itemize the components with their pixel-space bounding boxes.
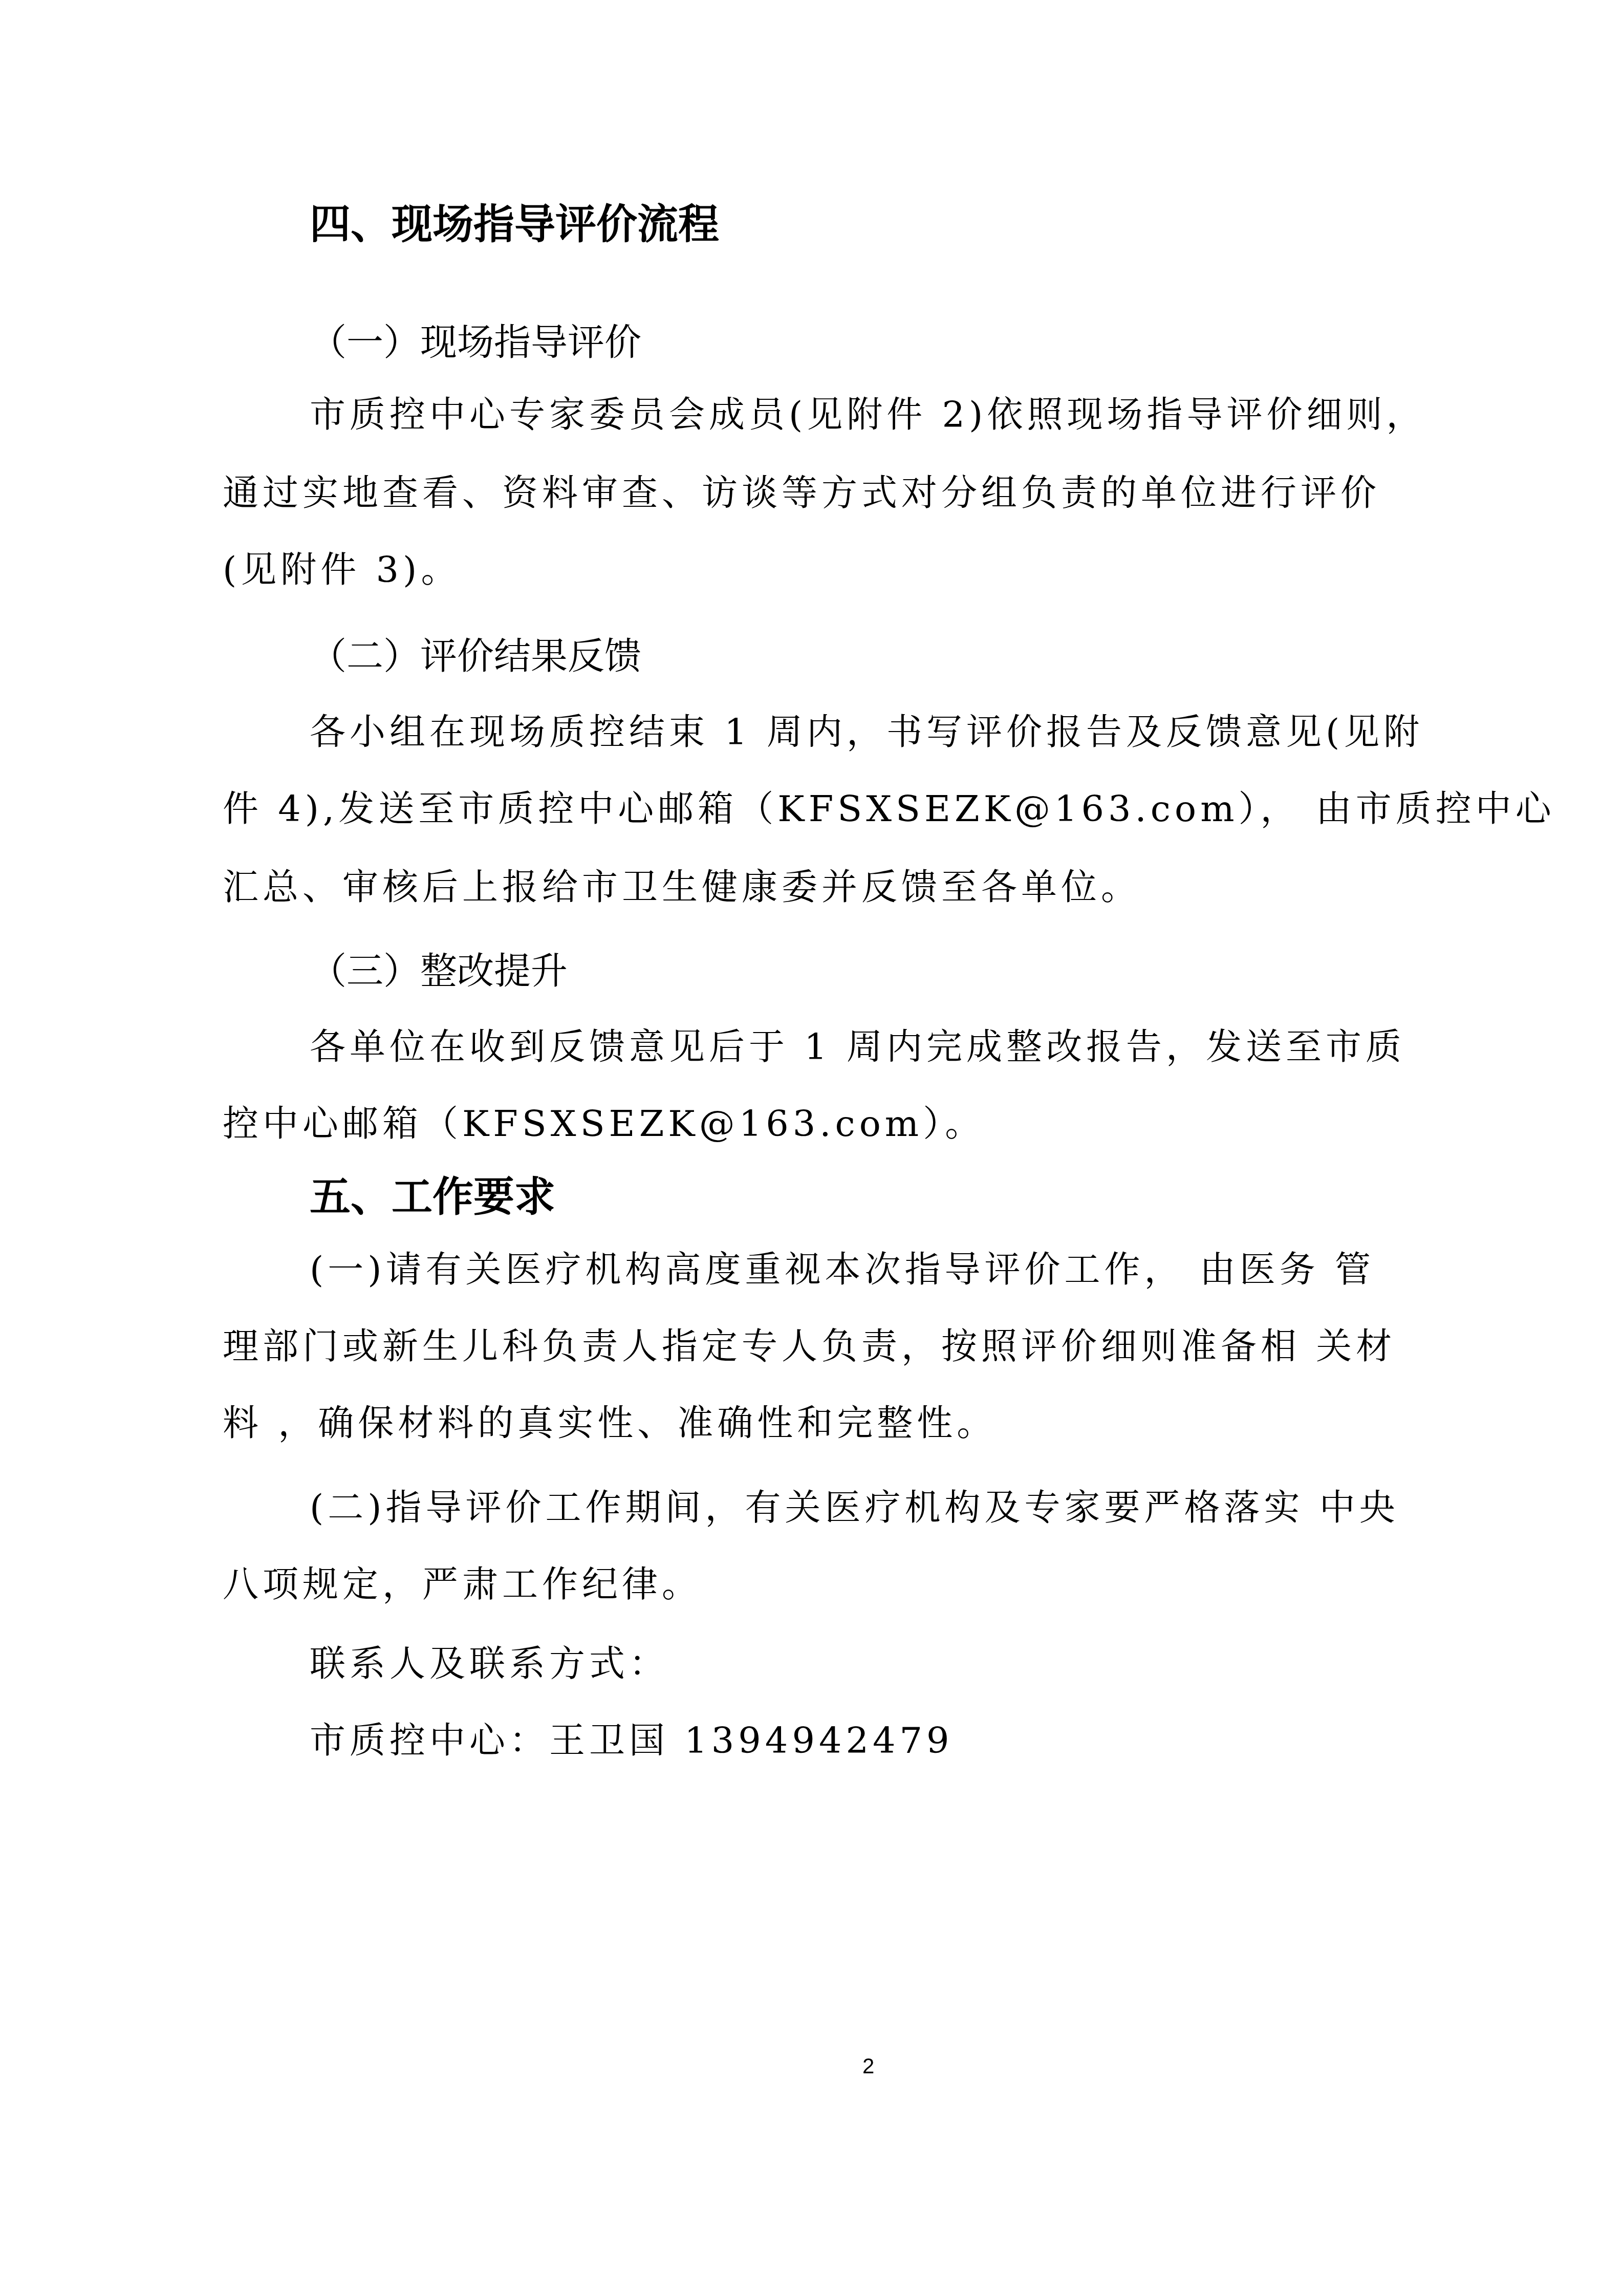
paragraph-line: 件 4),发送至市质控中心邮箱（KFSXSEZK@163.com）， 由市质控中…	[223, 791, 1555, 827]
paragraph-line: 汇总、审核后上报给市卫生健康委并反馈至各单位。	[223, 869, 1141, 905]
paragraph-line: 控中心邮箱（KFSXSEZK@163.com）。	[223, 1106, 985, 1142]
subsection-2-heading: （二）评价结果反馈	[310, 637, 641, 674]
contact-label: 联系人及联系方式：	[310, 1646, 669, 1682]
section-5-title: 五、工作要求	[310, 1176, 555, 1217]
subsection-1-heading: （一）现场指导评价	[310, 324, 641, 360]
paragraph-line: 市质控中心专家委员会成员(见附件 2)依照现场指导评价细则，	[310, 397, 1426, 433]
subsection-3-heading: （三）整改提升	[310, 952, 568, 989]
paragraph-line: (二)指导评价工作期间，有关医疗机构及专家要严格落实 中央	[310, 1490, 1399, 1526]
paragraph-line: 料 ，确保材料的真实性、准确性和完整性。	[223, 1405, 997, 1441]
paragraph-line: (一)请有关医疗机构高度重视本次指导评价工作， 由医务 管	[310, 1252, 1375, 1288]
paragraph-line: 八项规定，严肃工作纪律。	[223, 1567, 702, 1602]
paragraph-line: 理部门或新生儿科负责人指定专人负责，按照评价细则准备相 关材	[223, 1328, 1396, 1364]
section-4-title: 四、现场指导评价流程	[310, 204, 719, 245]
paragraph-line: 各单位在收到反馈意见后于 1 周内完成整改报告，发送至市质	[310, 1029, 1405, 1065]
contact-line: 市质控中心：王卫国 1394942479	[310, 1723, 954, 1758]
page-number: 2	[862, 2055, 874, 2077]
paragraph-line: 通过实地查看、资料审查、访谈等方式对分组负责的单位进行评价	[223, 475, 1380, 511]
paragraph-line: (见附件 3)。	[223, 552, 461, 588]
paragraph-line: 各小组在现场质控结束 1 周内，书写评价报告及反馈意见(见附	[310, 714, 1423, 750]
